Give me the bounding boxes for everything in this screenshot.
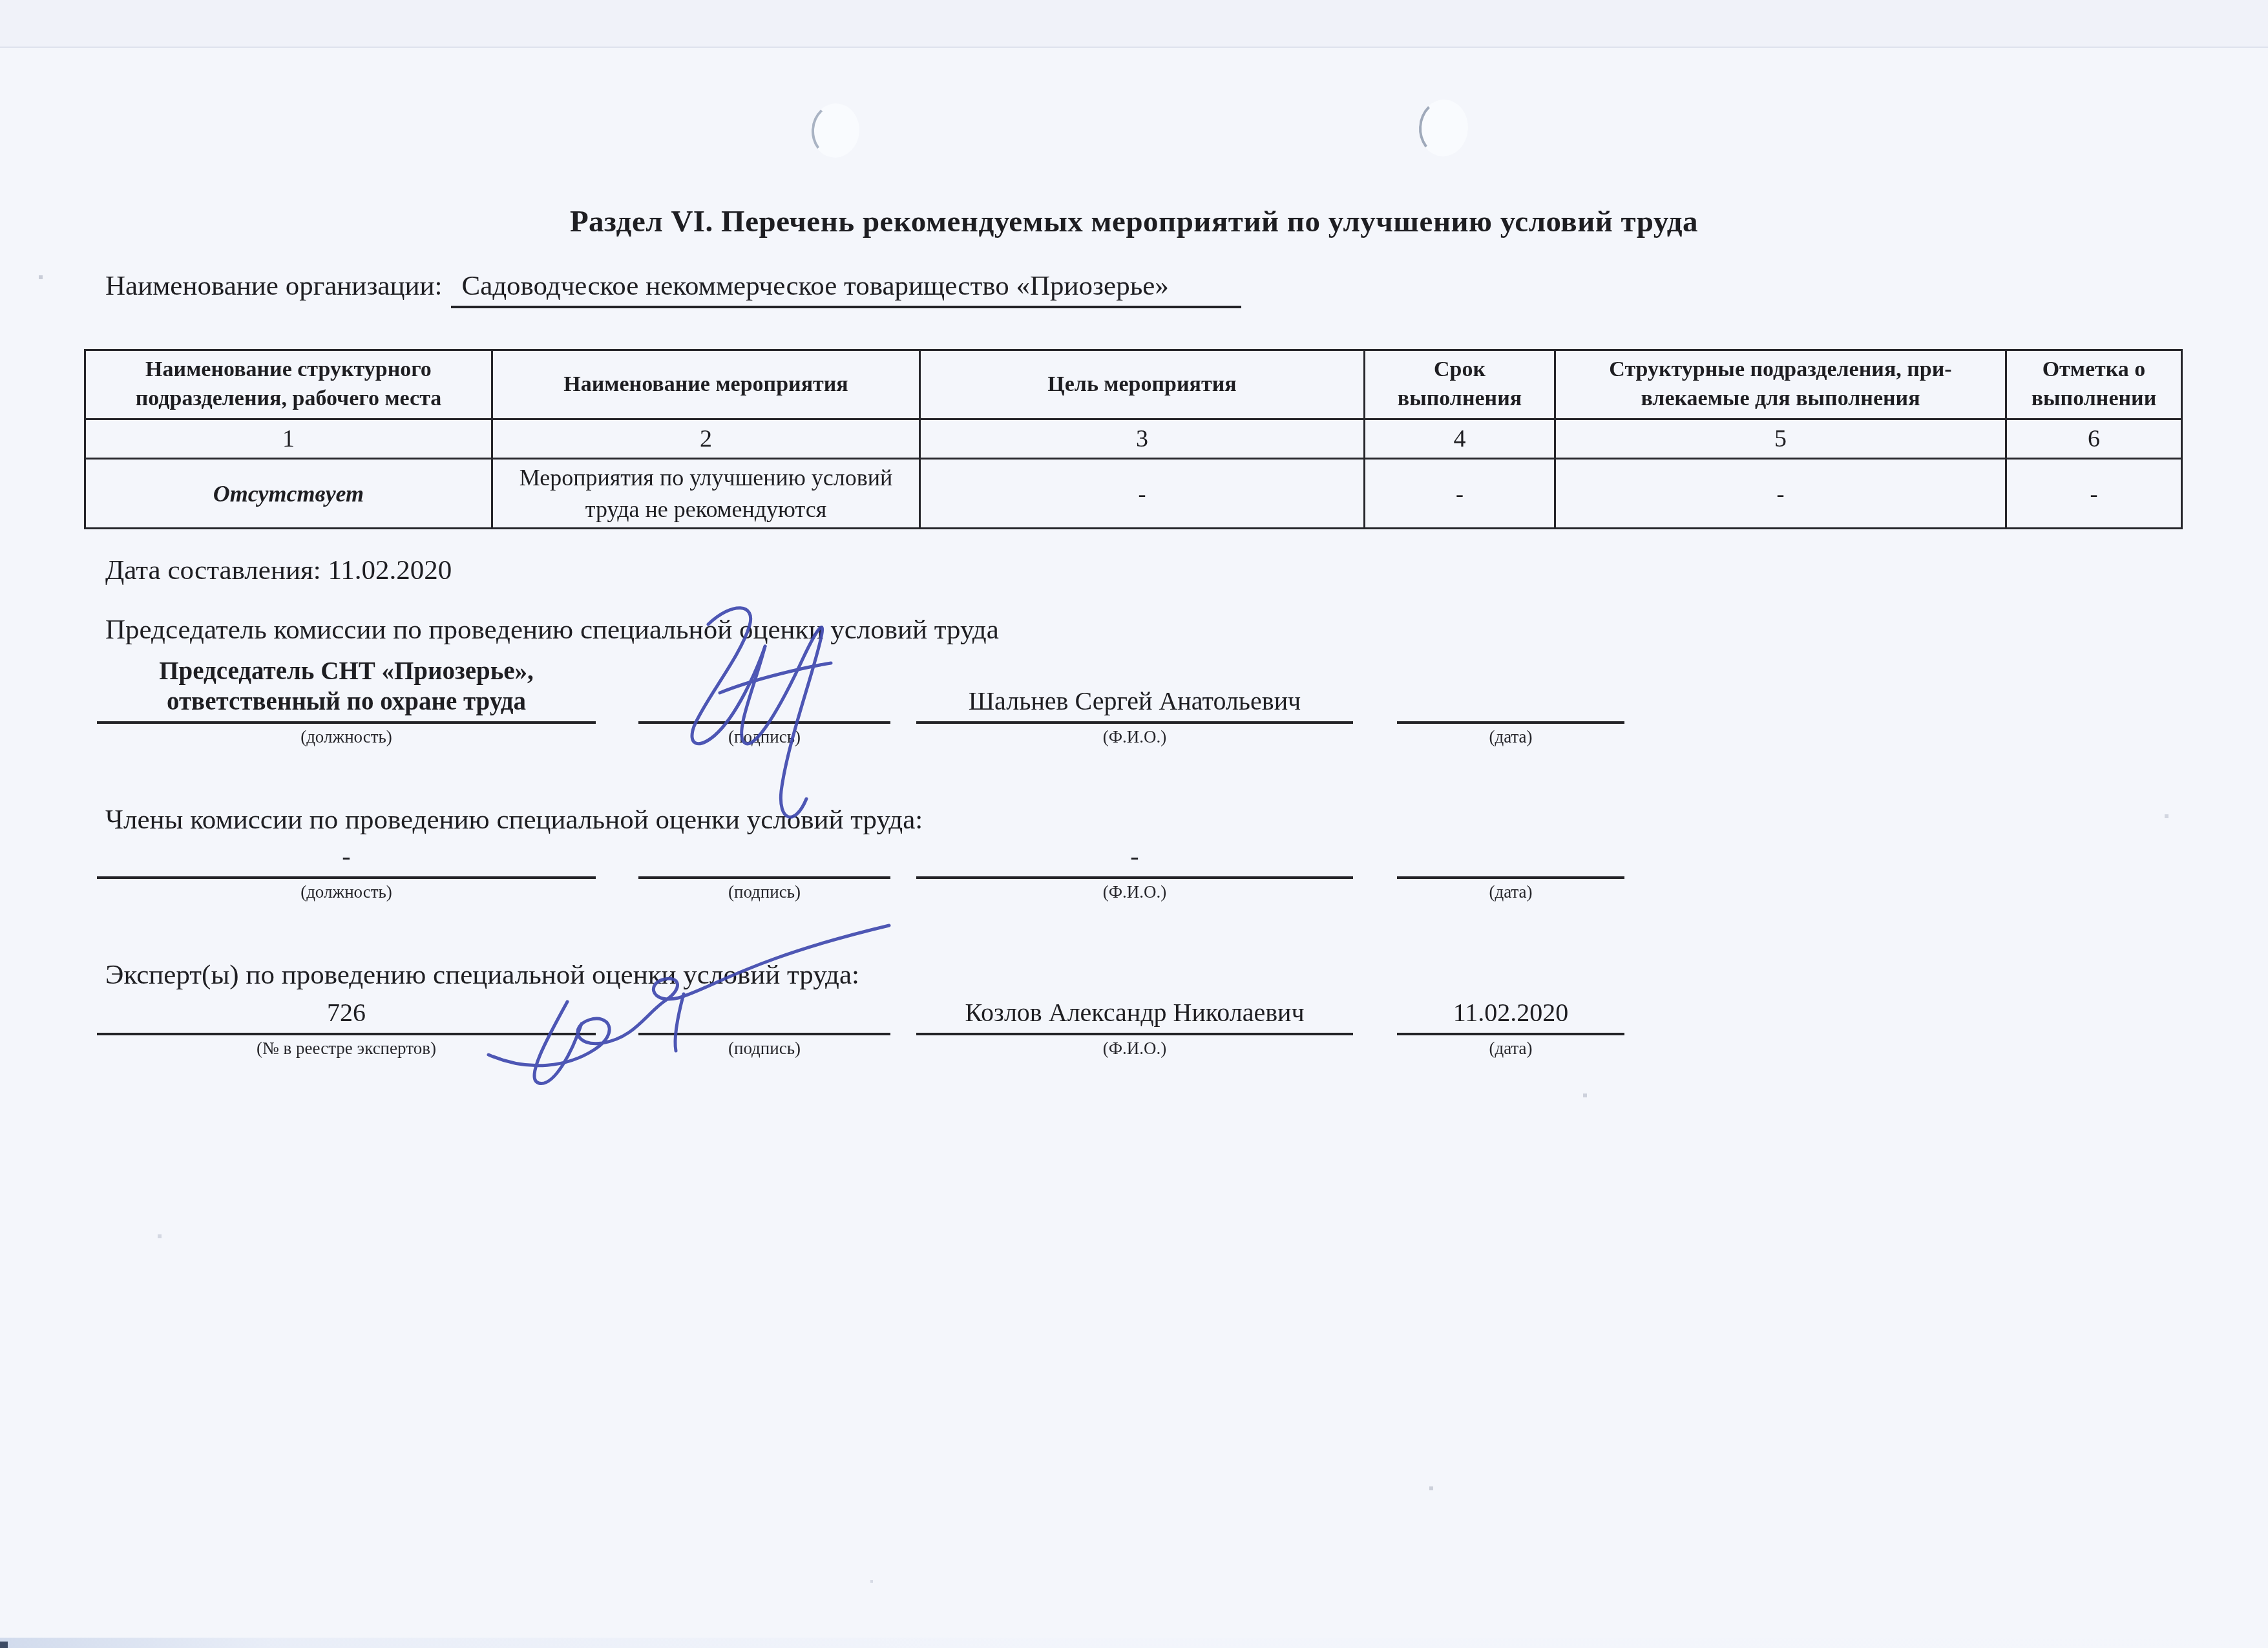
column-number: 2	[492, 419, 920, 459]
column-number: 3	[920, 419, 1365, 459]
column-numbers-row: 1 2 3 4 5 6	[85, 419, 2182, 459]
expert-registry-field: 726 (№ в реестре экспертов)	[97, 994, 596, 1059]
cell-goal: -	[920, 459, 1365, 529]
cell-measure: Мероприятия по улучшению условий труда н…	[492, 459, 920, 529]
column-number: 1	[85, 419, 492, 459]
header-cell-involved: Структурные подразделения, при- влекаемы…	[1555, 350, 2006, 419]
expert-signature-row: 726 (№ в реестре экспертов) (подпись) Ко…	[0, 994, 2268, 1000]
chairman-position-value: Председатель СНТ «Приозерье», ответствен…	[97, 650, 596, 724]
member-position-field: - (должность)	[97, 838, 596, 902]
signature-caption: (подпись)	[638, 727, 890, 747]
table-row: Отсутствует Мероприятия по улучшению усл…	[85, 459, 2182, 529]
table-header-row: Наименование структурного подразделения,…	[85, 350, 2182, 419]
chairman-position-field: Председатель СНТ «Приозерье», ответствен…	[97, 650, 596, 747]
date-caption: (дата)	[1397, 727, 1624, 747]
members-section-heading: Члены комиссии по проведению специальной…	[105, 804, 923, 836]
name-caption: (Ф.И.О.)	[916, 882, 1353, 902]
organization-label: Наименование организации:	[105, 271, 451, 301]
expert-signature-field: (подпись)	[638, 994, 890, 1059]
column-number: 5	[1555, 419, 2006, 459]
hole-punch-mark	[809, 101, 861, 160]
name-caption: (Ф.И.О.)	[916, 727, 1353, 747]
cell-mark: -	[2006, 459, 2182, 529]
chairman-name-field: Шальнев Сергей Анатольевич (Ф.И.О.)	[916, 650, 1353, 747]
member-date-value	[1397, 838, 1624, 879]
chairman-name-value: Шальнев Сергей Анатольевич	[916, 650, 1353, 724]
expert-date-value: 11.02.2020	[1397, 994, 1624, 1035]
scan-noise-specks	[0, 0, 1, 1]
hole-punch-mark	[1417, 98, 1470, 158]
date-caption: (дата)	[1397, 1039, 1624, 1059]
column-number: 4	[1365, 419, 1555, 459]
chairman-signature-field: (подпись)	[638, 650, 890, 747]
member-name-field: - (Ф.И.О.)	[916, 838, 1353, 902]
column-number: 6	[2006, 419, 2182, 459]
expert-signature-blank	[638, 994, 890, 1035]
header-cell-measure: Наименование мероприятия	[492, 350, 920, 419]
organization-line: Наименование организации:Садоводческое н…	[105, 270, 1241, 308]
signature-caption: (подпись)	[638, 882, 890, 902]
member-signature-blank	[638, 838, 890, 879]
expert-section-heading: Эксперт(ы) по проведению специальной оце…	[105, 959, 859, 991]
cell-term: -	[1365, 459, 1555, 529]
member-name-value: -	[916, 838, 1353, 879]
position-caption: (должность)	[97, 727, 596, 747]
date-caption: (дата)	[1397, 882, 1624, 902]
member-position-value: -	[97, 838, 596, 879]
position-caption: (должность)	[97, 882, 596, 902]
cell-department: Отсутствует	[85, 459, 492, 529]
scan-bottom-edge	[0, 1638, 2268, 1648]
header-cell-mark: Отметка о выполнении	[2006, 350, 2182, 419]
scan-edge-seam	[0, 0, 2268, 48]
header-cell-term: Срок выполнения	[1365, 350, 1555, 419]
compilation-date-line: Дата составления: 11.02.2020	[105, 555, 452, 586]
chairman-date-field: (дата)	[1397, 650, 1624, 747]
member-signature-field: (подпись)	[638, 838, 890, 902]
registry-caption: (№ в реестре экспертов)	[97, 1039, 596, 1059]
expert-name-field: Козлов Александр Николаевич (Ф.И.О.)	[916, 994, 1353, 1059]
expert-registry-value: 726	[97, 994, 596, 1035]
expert-name-value: Козлов Александр Николаевич	[916, 994, 1353, 1035]
signature-caption: (подпись)	[638, 1039, 890, 1059]
header-cell-goal: Цель мероприятия	[920, 350, 1365, 419]
expert-date-field: 11.02.2020 (дата)	[1397, 994, 1624, 1059]
scan-corner-artifact	[0, 1642, 8, 1648]
chairman-signature-row: Председатель СНТ «Приозерье», ответствен…	[0, 650, 2268, 657]
chairman-date-value	[1397, 650, 1624, 724]
measures-table: Наименование структурного подразделения,…	[84, 349, 2183, 529]
page-title: Раздел VI. Перечень рекомендуемых меропр…	[0, 204, 2268, 239]
cell-involved: -	[1555, 459, 2006, 529]
organization-value: Садоводческое некоммерческое товариществ…	[451, 270, 1241, 308]
chairman-signature-blank	[638, 650, 890, 724]
member-date-field: (дата)	[1397, 838, 1624, 902]
scanned-document-page: Раздел VI. Перечень рекомендуемых меропр…	[0, 0, 2268, 1648]
chairman-section-heading: Председатель комиссии по проведению спец…	[105, 614, 999, 646]
header-cell-department: Наименование структурного подразделения,…	[85, 350, 492, 419]
members-signature-row: - (должность) (подпись) - (Ф.И.О.) (дата…	[0, 838, 2268, 844]
name-caption: (Ф.И.О.)	[916, 1039, 1353, 1059]
